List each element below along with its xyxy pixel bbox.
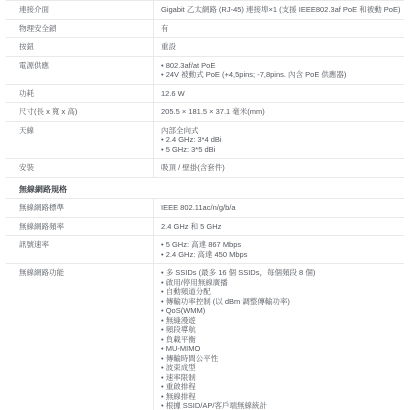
- spec-row: 物理安全鎖有: [6, 20, 404, 39]
- spec-value-line: 吸頂 / 壁掛(含套件): [161, 163, 400, 173]
- spec-value-line: • 自動頻道分配: [161, 287, 400, 297]
- spec-value-line: 2.4 GHz 和 5 GHz: [161, 222, 400, 232]
- spec-row-value: 重設: [153, 38, 404, 56]
- spec-row-label: 無線網路頻率: [6, 218, 153, 236]
- spec-value-line: • 2.4 GHz: 高達 450 Mbps: [161, 250, 400, 260]
- spec-value-line: • MU-MIMO: [161, 344, 400, 354]
- spec-value-line: 12.6 W: [161, 89, 400, 99]
- spec-value-line: • 根據 SSID/AP/客戶端無線統計: [161, 401, 400, 410]
- spec-row: 功耗12.6 W: [6, 85, 404, 104]
- spec-row: 尺寸(長 x 寬 x 高)205.5 × 181.5 × 37.1 毫米(mm): [6, 103, 404, 122]
- spec-value-line: 重設: [161, 42, 400, 52]
- spec-value-line: • 重啟排程: [161, 382, 400, 392]
- spec-value-line: IEEE 802.11ac/n/g/b/a: [161, 203, 400, 213]
- spec-row-value: IEEE 802.11ac/n/g/b/a: [153, 199, 404, 217]
- spec-value-line: • 無縫漫遊: [161, 316, 400, 326]
- spec-row-label: 連接介面: [6, 1, 153, 19]
- spec-row-label: 電源供應: [6, 57, 153, 84]
- spec-row: 無線網路頻率2.4 GHz 和 5 GHz: [6, 218, 404, 237]
- spec-value-line: • 頻段導航: [161, 325, 400, 335]
- spec-row: 安裝吸頂 / 壁掛(含套件): [6, 159, 404, 178]
- spec-row-value: • 5 GHz: 高達 867 Mbps• 2.4 GHz: 高達 450 Mb…: [153, 236, 404, 263]
- spec-value-line: 有: [161, 24, 400, 34]
- spec-row-label: 無線網路標準: [6, 199, 153, 217]
- spec-row: 無線網路標準IEEE 802.11ac/n/g/b/a: [6, 199, 404, 218]
- spec-value-line: • 802.3af/at PoE: [161, 61, 400, 71]
- spec-row-value: 2.4 GHz 和 5 GHz: [153, 218, 404, 236]
- spec-table: 連接介面Gigabit 乙太網路 (RJ-45) 連接埠×1 (支援 IEEE8…: [6, 0, 404, 410]
- spec-row-label: 訊號速率: [6, 236, 153, 263]
- spec-value-line: 205.5 × 181.5 × 37.1 毫米(mm): [161, 107, 400, 117]
- spec-value-line: • 傳輸功率控制 (以 dBm 調整傳輸功率): [161, 297, 400, 307]
- spec-value-line: • 5 GHz: 高達 867 Mbps: [161, 240, 400, 250]
- spec-row: 訊號速率• 5 GHz: 高達 867 Mbps• 2.4 GHz: 高達 45…: [6, 236, 404, 264]
- spec-row-label: 功耗: [6, 85, 153, 103]
- spec-value-line: • 無線排程: [161, 392, 400, 402]
- spec-value-line: • QoS(WMM): [161, 306, 400, 316]
- section-header: 無線網路規格: [6, 178, 404, 200]
- spec-value-line: • 5 GHz: 3*5 dBi: [161, 145, 400, 155]
- spec-value-line: • 啟用/停用無線廣播: [161, 278, 400, 288]
- spec-value-line: • 負載平衡: [161, 335, 400, 345]
- spec-row-value: • 802.3af/at PoE• 24V 被動式 PoE (+4,5pins;…: [153, 57, 404, 84]
- spec-row-label: 尺寸(長 x 寬 x 高): [6, 103, 153, 121]
- spec-row-value: 內部全向式• 2.4 GHz: 3*4 dBi• 5 GHz: 3*5 dBi: [153, 122, 404, 159]
- spec-value-line: Gigabit 乙太網路 (RJ-45) 連接埠×1 (支援 IEEE802.3…: [161, 5, 400, 15]
- spec-row-value: • 多 SSIDs (最多 16 個 SSIDs，每個頻段 8 個)• 啟用/停…: [153, 264, 404, 410]
- spec-row: 按鈕重設: [6, 38, 404, 57]
- spec-row-label: 天線: [6, 122, 153, 159]
- spec-row: 連接介面Gigabit 乙太網路 (RJ-45) 連接埠×1 (支援 IEEE8…: [6, 1, 404, 20]
- spec-row: 無線網路功能• 多 SSIDs (最多 16 個 SSIDs，每個頻段 8 個)…: [6, 264, 404, 410]
- spec-row-value: 12.6 W: [153, 85, 404, 103]
- spec-value-line: • 波束成型: [161, 363, 400, 373]
- spec-row: 天線內部全向式• 2.4 GHz: 3*4 dBi• 5 GHz: 3*5 dB…: [6, 122, 404, 160]
- spec-row-label: 物理安全鎖: [6, 20, 153, 38]
- spec-value-line: • 傳輸時間公平性: [161, 354, 400, 364]
- spec-row-label: 安裝: [6, 159, 153, 177]
- spec-row-value: 205.5 × 181.5 × 37.1 毫米(mm): [153, 103, 404, 121]
- spec-row-value: Gigabit 乙太網路 (RJ-45) 連接埠×1 (支援 IEEE802.3…: [153, 1, 404, 19]
- spec-value-line: 內部全向式: [161, 126, 400, 136]
- spec-row-label: 無線網路功能: [6, 264, 153, 410]
- spec-row-value: 吸頂 / 壁掛(含套件): [153, 159, 404, 177]
- spec-row-value: 有: [153, 20, 404, 38]
- spec-value-line: • 2.4 GHz: 3*4 dBi: [161, 135, 400, 145]
- spec-row: 電源供應• 802.3af/at PoE• 24V 被動式 PoE (+4,5p…: [6, 57, 404, 85]
- spec-page: 連接介面Gigabit 乙太網路 (RJ-45) 連接埠×1 (支援 IEEE8…: [0, 0, 410, 410]
- spec-value-line: • 速率限制: [161, 373, 400, 383]
- spec-value-line: • 24V 被動式 PoE (+4,5pins; -7,8pins. 內含 Po…: [161, 70, 400, 80]
- spec-row-label: 按鈕: [6, 38, 153, 56]
- spec-value-line: • 多 SSIDs (最多 16 個 SSIDs，每個頻段 8 個): [161, 268, 400, 278]
